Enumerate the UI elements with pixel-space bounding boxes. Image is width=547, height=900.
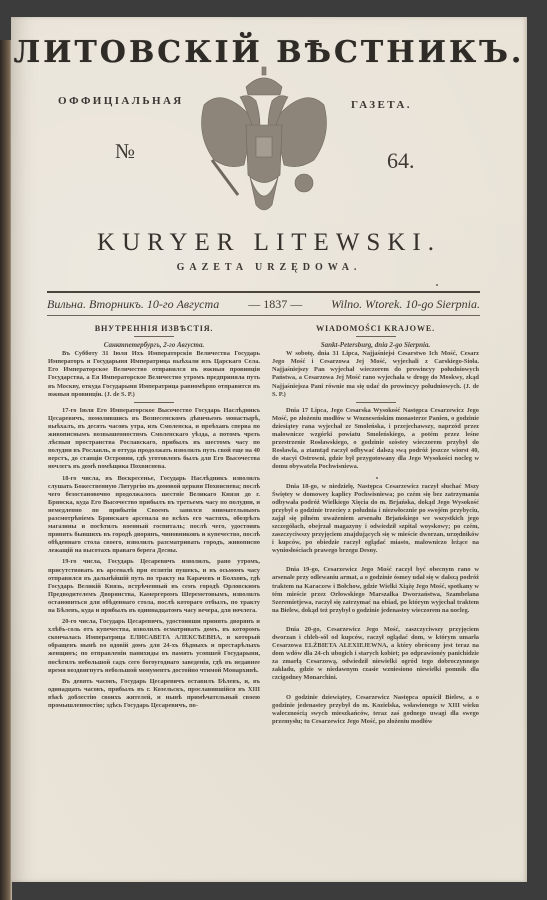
paragraph: Въ девять часовъ, Государь Цесаревичъ ос… bbox=[48, 678, 260, 710]
article-dateline-russian: Санктпетербургъ, 2-го Августа. bbox=[48, 341, 260, 349]
paragraph: 20-го числа, Государь Цесаревичъ, удосто… bbox=[48, 618, 260, 675]
paragraph: Dnia 18-go, w niedzielę, Następca Cesarz… bbox=[272, 483, 479, 556]
paragraph: 18-го числа, въ Воскресенье, Государь На… bbox=[48, 475, 260, 556]
paragraph: Dnia 20-go, Cesarzewicz Jego Mość, zaszc… bbox=[272, 626, 479, 683]
issue-number-label: № bbox=[115, 139, 135, 164]
article-separator bbox=[356, 402, 396, 403]
dateline-polish: Wilno. Wtorek. 10-go Sierpnia. bbox=[331, 297, 480, 312]
dateline-russian: Вильна. Вторникъ. 10-го Августа bbox=[47, 297, 219, 312]
dateline-year: — 1837 — bbox=[248, 297, 302, 312]
masthead-subtitle-polish: GAZETA URZĘDOWA. bbox=[11, 262, 527, 273]
newspaper-page: ЛИТОВСКIЙ ВѢСТНИКЪ. ОФФИЦIАЛЬНАЯ ГАЗЕТА.… bbox=[11, 17, 527, 882]
issue-number: 64. bbox=[387, 148, 415, 174]
paper-speck bbox=[436, 284, 438, 286]
paragraph: 19-го числа, Государь Цесаревичъ изволил… bbox=[48, 558, 260, 615]
paper-speck bbox=[376, 477, 378, 479]
paragraph: Dnia 19-go, Cesarzewicz Jego Mość raczył… bbox=[272, 566, 479, 615]
section-title-russian: ВНУТРЕННIЯ ИЗВѢСТIЯ. bbox=[48, 325, 260, 333]
section-rule bbox=[134, 336, 174, 337]
dateline-bottom-rule bbox=[47, 315, 480, 316]
paragraph: O godzinie dziewiątey, Cesarzewicz Nastę… bbox=[272, 694, 479, 726]
article-dateline-polish: Sankt-Petersburg, dnia 2-go Sierpnia. bbox=[272, 341, 479, 349]
dateline-top-rule bbox=[47, 291, 480, 293]
article-separator bbox=[134, 402, 174, 403]
column-russian: ВНУТРЕННIЯ ИЗВѢСТIЯ. Санктпетербургъ, 2-… bbox=[48, 323, 260, 713]
paragraph: Въ Субботу 31 Iюля Ихъ Императорскiя Вел… bbox=[48, 350, 260, 399]
dateline: Вильна. Вторникъ. 10-го Августа — 1837 —… bbox=[47, 296, 480, 312]
column-polish: WIADOMOŚCI KRAJOWE. Sankt-Petersburg, dn… bbox=[272, 323, 479, 729]
masthead-subtitle-russian-left: ОФФИЦIАЛЬНАЯ bbox=[58, 95, 184, 107]
section-title-polish: WIADOMOŚCI KRAJOWE. bbox=[272, 325, 479, 333]
section-rule bbox=[356, 336, 396, 337]
double-headed-eagle-icon bbox=[194, 65, 334, 225]
masthead-title-polish: KURYER LITEWSKI. bbox=[11, 229, 527, 257]
paragraph: Dnia 17 Lipca, Jego Cesarska Wysokość Na… bbox=[272, 407, 479, 472]
paragraph: W sobotę, dnia 31 Lipca, Najjaśniejsi Ce… bbox=[272, 350, 479, 399]
paragraph: 17-го Iюля Его Императорское Высочество … bbox=[48, 407, 260, 472]
masthead-subtitle-russian-right: ГАЗЕТА. bbox=[351, 99, 412, 111]
